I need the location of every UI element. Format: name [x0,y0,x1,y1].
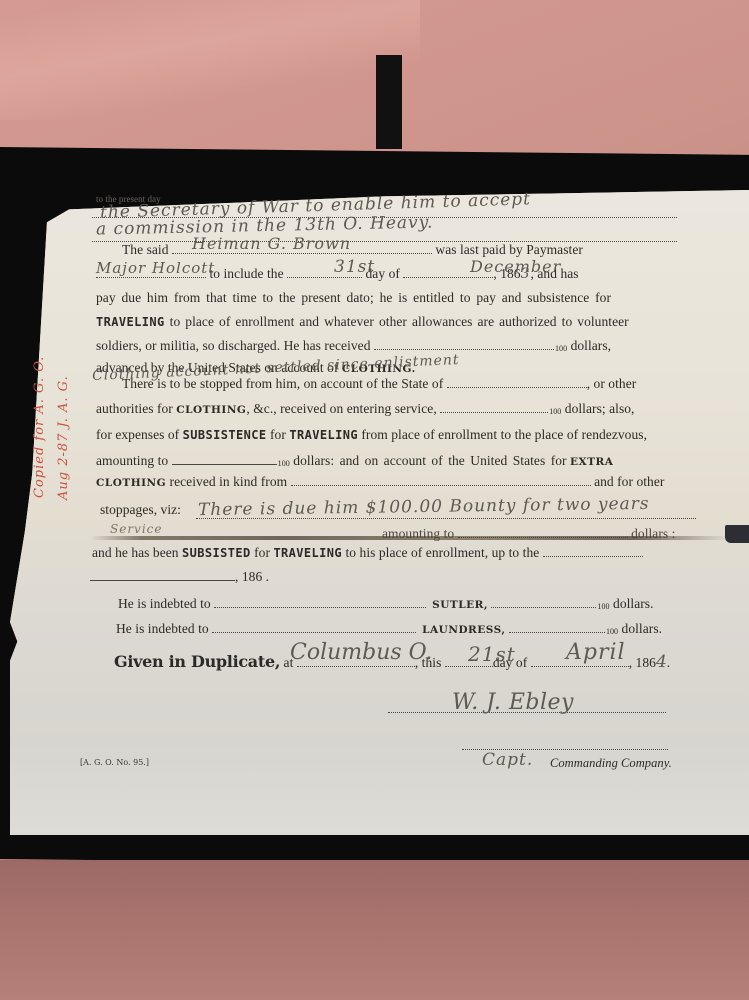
sutler-label: SUTLER, [432,599,488,611]
hundredths-mark: 100 [555,344,567,353]
given-year-prefix: , 186 [629,655,656,670]
dollars-and-on-label: dollars: and on account of the United St… [293,453,566,468]
stoppages-label: stoppages, viz: [100,502,181,517]
indebted-laundress-row: He is indebted to LAUNDRESS, 100 dollars… [116,621,662,640]
handwritten-bounty-note: There is due him $100.00 Bounty for two … [198,494,650,520]
for-word: for [270,427,286,442]
laundress-amount-blank [509,621,605,633]
subsisted-month-blank [90,571,235,581]
handwritten-given-month: April [566,640,626,665]
para1-line4-rest: to place of enrollment and whatever othe… [170,314,629,329]
handwritten-day: 31st [334,257,375,277]
para2-line4: amounting to 100 dollars: and on account… [96,453,613,472]
year-186-label: , 186 . [235,569,269,584]
dollars-colon-label: dollars : [631,526,675,541]
handwritten-month: December [470,257,561,276]
for-word-2: for [254,545,270,560]
para2-line7: amounting to dollars : [382,526,675,542]
given-period: . [667,655,670,670]
para1-line3: pay due him from that time to the presen… [96,290,611,306]
margin-annotation-line1: Copied for A. G. O. [32,356,47,498]
document-text-layer: to the present day the Secretary of War … [0,0,749,1000]
form-number: [A. G. O. No. 95.] [80,758,149,767]
traveling-label: TRAVELING [96,315,165,329]
kind-from-blank [291,474,591,486]
and-for-other-label: and for other [594,474,664,489]
laundress-name-blank [212,621,416,633]
dollars-label: dollars, [571,338,612,353]
authorities-label: authorities for [96,401,173,416]
subsistence-label: SUBSISTENCE [183,428,267,442]
handwritten-place: Columbus O. [290,640,432,665]
para3-line2: , 186 . [90,569,269,585]
sutler-amount-blank [491,596,596,608]
handwritten-service: Service [110,522,163,536]
hundredths-mark-2: 100 [549,407,561,416]
para1-line4: TRAVELING to place of enrollment and wha… [96,314,629,330]
hundredths-mark-5: 100 [606,627,618,636]
amounting-label-2: amounting to [382,526,454,541]
given-year-digit: 4 [656,652,667,672]
para2-line1: There is to be stopped from him, on acco… [122,376,636,392]
or-other-label: , or other [587,376,637,391]
traveling-label-3: TRAVELING [273,546,342,560]
margin-annotation-line2: Aug 2-87 J. A. G. [56,375,71,500]
stoppages-rule [196,518,696,519]
indebted-label: He is indebted to [118,596,211,611]
from-place-label: from place of enrollment to the place of… [361,427,647,442]
handwritten-rank: Capt. [482,750,533,770]
laundress-label: LAUNDRESS, [422,624,505,636]
received-label: soldiers, or militia, so discharged. He … [96,338,371,353]
subsisted-date-blank [543,545,643,557]
dollars-label-laundress: dollars. [622,621,663,636]
hundredths-mark-3: 100 [278,459,290,468]
hundredths-mark-4: 100 [597,602,609,611]
clothing-label-3: CLOTHING [96,477,166,489]
given-in-duplicate-label: Given in Duplicate, [114,652,280,671]
amounting-label: amounting to [96,453,168,468]
para1-line5: soldiers, or militia, so discharged. He … [96,338,611,357]
subsisted-start-label: and he has been [92,545,179,560]
para2-line5: CLOTHING received in kind from and for o… [96,474,664,491]
stoppage-amount-blank [458,526,628,538]
handwritten-soldier-name: Heiman G. Brown [192,234,351,253]
stopped-label: There is to be stopped from him, on acco… [122,376,443,391]
sutler-name-blank [214,596,426,608]
state-blank [447,376,587,388]
para2-line6: stoppages, viz: [100,502,181,518]
commanding-company-label: Commanding Company. [550,755,672,771]
entering-service-label: , &c., received on entering service, [246,401,436,416]
for-expenses-label: for expenses of [96,427,179,442]
to-place-label: to his place of enrollment, up to the [346,545,540,560]
handwritten-paymaster: Major Holcott [96,259,215,277]
subsistence-amount-blank [172,455,277,465]
indebted-sutler-row: He is indebted to SUTLER, 100 dollars. [118,596,654,615]
clothing-label-2: CLOTHING [176,404,246,416]
para2-line3: for expenses of SUBSISTENCE for TRAVELIN… [96,427,647,443]
received-kind-label: received in kind from [170,474,288,489]
to-include-label: to include the [209,266,283,281]
received-amount-blank [374,338,554,350]
dollars-also-label: dollars; also, [565,401,635,416]
indebted-label-2: He is indebted to [116,621,209,636]
traveling-label-2: TRAVELING [289,428,358,442]
dollars-label-sutler: dollars. [613,596,654,611]
handwritten-signature: W. J. Ebley [452,690,574,715]
last-paid-label: was last paid by Paymaster [435,242,583,257]
the-said-label: The said [122,242,169,257]
para3-line1: and he has been SUBSISTED for TRAVELING … [92,545,643,561]
clothing-amount-blank [440,401,548,413]
subsisted-label: SUBSISTED [182,546,251,560]
handwritten-given-day: 21st [468,642,516,666]
para2-line2: authorities for CLOTHING, &c., received … [96,401,634,420]
extra-label: EXTRA [570,456,613,468]
